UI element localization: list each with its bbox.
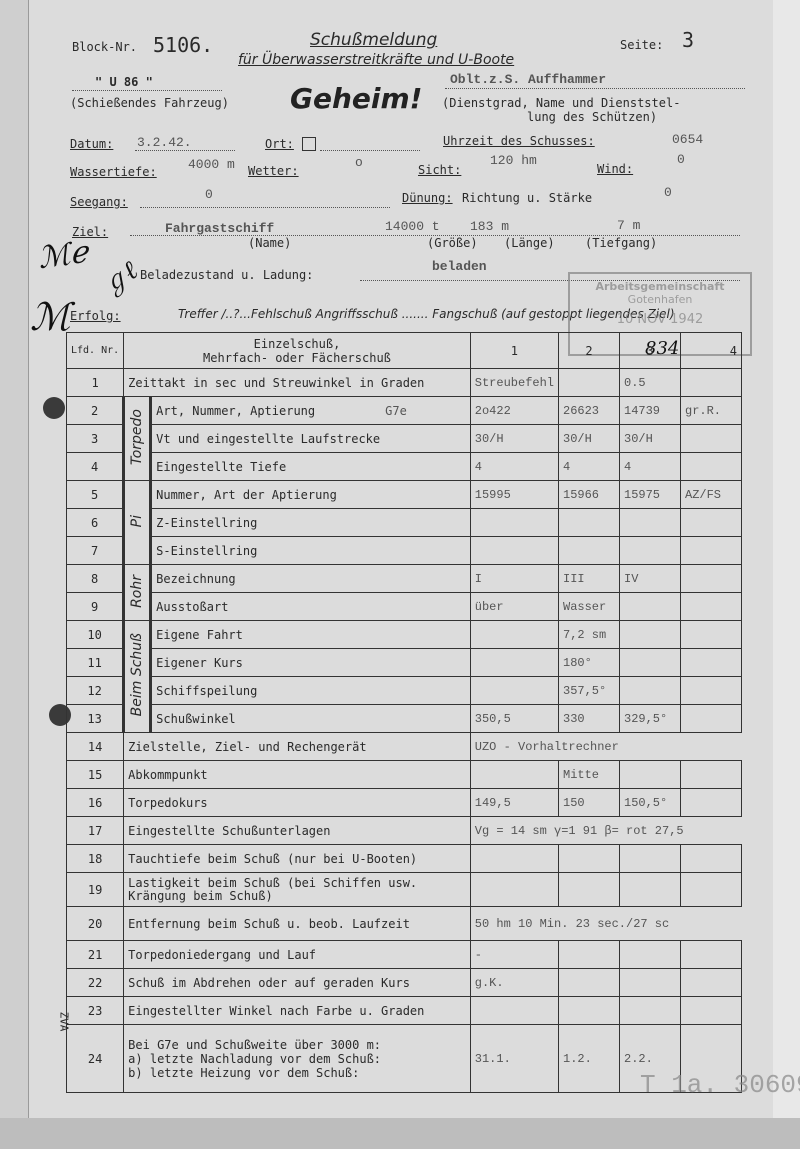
wind-label: Wind:	[597, 162, 633, 176]
row-number: 14	[67, 733, 124, 761]
form-title: Schußmeldung	[310, 30, 437, 50]
beladezustand-value: beladen	[432, 259, 487, 274]
table-row: 2TorpedoArt, Nummer, AptierungG7e2o42226…	[67, 397, 742, 425]
row-label: Eigener Kurs	[151, 649, 471, 677]
row-label: Eingestellte Schußunterlagen	[124, 817, 471, 845]
row-value-col-2	[559, 873, 620, 907]
stamp-line-1: Arbeitsgemeinschaft	[570, 280, 750, 293]
row-value-col-3: 15975	[620, 481, 681, 509]
row-label-text: Zielstelle, Ziel- und Rechengerät	[128, 740, 366, 754]
row-value-col-3	[620, 621, 681, 649]
seegang-label: Seegang:	[70, 195, 128, 209]
shooter-dots	[445, 88, 745, 89]
table-row: 5PiNummer, Art der Aptierung159951596615…	[67, 481, 742, 509]
uhrzeit-label: Uhrzeit des Schusses:	[443, 134, 595, 148]
table-row: 16Torpedokurs149,5150150,5°	[67, 789, 742, 817]
table-row: 15AbkommpunktMitte	[67, 761, 742, 789]
table-row: 19Lastigkeit beim Schuß (bei Schiffen us…	[67, 873, 742, 907]
header-col-4: 4	[681, 333, 742, 369]
group-label-rohr: Rohr	[129, 575, 145, 608]
row-label-text: Entfernung beim Schuß u. beob. Laufzeit	[128, 917, 410, 931]
margin-mark: ZVA	[57, 1012, 70, 1032]
header-col-1: 1	[470, 333, 558, 369]
row-value-col-4	[681, 789, 742, 817]
header-col-3: 3	[620, 333, 681, 369]
row-value-col-1: über	[470, 593, 558, 621]
row-label-text: Abkommpunkt	[128, 768, 207, 782]
form-subtitle: für Überwasserstreitkräfte und U-Boote	[238, 52, 514, 68]
row-value-col-4: AZ/FS	[681, 481, 742, 509]
datum-value: 3.2.42.	[137, 135, 192, 150]
table-row: 3Vt und eingestellte Laufstrecke30/H30/H…	[67, 425, 742, 453]
row-value-col-2: 357,5°	[559, 677, 620, 705]
table-row: 17Eingestellte SchußunterlagenVg = 14 sm…	[67, 817, 742, 845]
row-label: Nummer, Art der Aptierung	[151, 481, 471, 509]
row-label: Torpedokurs	[124, 789, 471, 817]
row-number: 3	[67, 425, 124, 453]
row-value-col-1: 15995	[470, 481, 558, 509]
classification-stamp: Geheim!	[290, 82, 422, 115]
caption-groesse: (Größe)	[427, 236, 478, 250]
row-value-col-2	[559, 369, 620, 397]
table-row: 23Eingestellter Winkel nach Farbe u. Gra…	[67, 997, 742, 1025]
row-value-col-1: 30/H	[470, 425, 558, 453]
stamp-line-2: Gotenhafen	[570, 293, 750, 306]
row-number: 1	[67, 369, 124, 397]
table-body: 1Zeittakt in sec und Streuwinkel in Grad…	[67, 369, 742, 1093]
row-value-col-4	[681, 969, 742, 997]
vessel-caption: (Schießendes Fahrzeug)	[70, 96, 229, 110]
row-label-text: Nummer, Art der Aptierung	[156, 488, 337, 502]
row-number: 7	[67, 537, 124, 565]
row-span-value: Vg = 14 sm γ=1 91 β= rot 27,5	[470, 817, 741, 845]
row-number: 24	[67, 1025, 124, 1093]
punch-hole	[43, 397, 65, 419]
row-label: Eingestellte Tiefe	[151, 453, 471, 481]
page-edge	[773, 0, 800, 1149]
caption-laenge: (Länge)	[504, 236, 555, 250]
row-label-text: Schußwinkel	[156, 712, 235, 726]
row-value-col-4	[681, 593, 742, 621]
row-label: Schiffspeilung	[151, 677, 471, 705]
group-cell: Torpedo	[124, 397, 151, 481]
row-number: 15	[67, 761, 124, 789]
row-value-col-4	[681, 845, 742, 873]
row-label: Zeittakt in sec und Streuwinkel in Grade…	[124, 369, 471, 397]
row-value-col-3: 4	[620, 453, 681, 481]
row-value-col-2	[559, 845, 620, 873]
row-value-col-1: 149,5	[470, 789, 558, 817]
row-value-col-3	[620, 873, 681, 907]
shooter-name: Oblt.z.S. Auffhammer	[450, 72, 606, 87]
group-cell: Beim Schuß	[124, 621, 151, 733]
datum-dots	[135, 150, 235, 151]
group-cell: Rohr	[124, 565, 151, 621]
table-row: 1Zeittakt in sec und Streuwinkel in Grad…	[67, 369, 742, 397]
shooter-caption-2: lung des Schützen)	[527, 110, 657, 124]
row-number: 23	[67, 997, 124, 1025]
row-value-col-1	[470, 873, 558, 907]
ziel-groesse: 14000 t	[385, 219, 440, 234]
row-label: Art, Nummer, AptierungG7e	[151, 397, 471, 425]
row-label: Zielstelle, Ziel- und Rechengerät	[124, 733, 471, 761]
sicht-value: 120 hm	[490, 153, 537, 168]
ort-checkbox	[302, 137, 316, 151]
row-label: Lastigkeit beim Schuß (bei Schiffen usw.…	[124, 873, 471, 907]
sicht-label: Sicht:	[418, 163, 461, 177]
row-label: Schußwinkel	[151, 705, 471, 733]
row-value-col-2	[559, 509, 620, 537]
row-label-extra: G7e	[385, 404, 407, 418]
row-value-col-1: I	[470, 565, 558, 593]
table-row: 21Torpedoniedergang und Lauf-	[67, 941, 742, 969]
row-value-col-1	[470, 997, 558, 1025]
table-row: 14Zielstelle, Ziel- und RechengerätUZO -…	[67, 733, 742, 761]
row-label-text: Z-Einstellring	[156, 516, 257, 530]
row-label: Tauchtiefe beim Schuß (nur bei U-Booten)	[124, 845, 471, 873]
wind-value: 0	[677, 152, 685, 167]
row-value-col-2: 1.2.	[559, 1025, 620, 1093]
table-row: 18Tauchtiefe beim Schuß (nur bei U-Boote…	[67, 845, 742, 873]
row-value-col-2	[559, 941, 620, 969]
handwritten-mark: ℳ	[30, 295, 71, 339]
row-value-col-1	[470, 761, 558, 789]
row-value-col-1	[470, 537, 558, 565]
row-value-col-3	[620, 677, 681, 705]
group-label-pi: Pi	[129, 515, 145, 527]
row-number: 8	[67, 565, 124, 593]
row-value-col-1: g.K.	[470, 969, 558, 997]
table-row: 10Beim SchußEigene Fahrt7,2 sm	[67, 621, 742, 649]
stamp-date: 10 NOV 1942	[570, 312, 750, 327]
row-value-col-4	[681, 369, 742, 397]
row-label: Bezeichnung	[151, 565, 471, 593]
row-span-value: UZO - Vorhaltrechner	[470, 733, 741, 761]
beladezustand-label: Beladezustand u. Ladung:	[140, 268, 313, 282]
group-cell: Pi	[124, 481, 151, 565]
row-label: Bei G7e und Schußweite über 3000 m:a) le…	[124, 1025, 471, 1093]
row-value-col-3	[620, 649, 681, 677]
shot-report-table: Lfd. Nr. Einzelschuß, Mehrfach- oder Fäc…	[66, 332, 742, 1093]
row-number: 10	[67, 621, 124, 649]
header-lfd-nr: Lfd. Nr.	[67, 333, 124, 369]
row-label-text: Schuß im Abdrehen oder auf geraden Kurs	[128, 976, 410, 990]
row-value-col-3	[620, 593, 681, 621]
row-value-col-1: 4	[470, 453, 558, 481]
row-value-col-3: 329,5°	[620, 705, 681, 733]
row-span-value: 50 hm 10 Min. 23 sec./27 sc	[470, 907, 741, 941]
row-label-line: b) letzte Heizung vor dem Schuß:	[128, 1066, 466, 1080]
row-value-col-3	[620, 761, 681, 789]
row-label: Ausstoßart	[151, 593, 471, 621]
uhrzeit-value: 0654	[672, 132, 703, 147]
erfolg-label: Erfolg:	[70, 309, 121, 323]
row-label-line: Bei G7e und Schußweite über 3000 m:	[128, 1038, 466, 1052]
wassertiefe-value: 4000 m	[188, 157, 235, 172]
row-value-col-4	[681, 649, 742, 677]
ort-label: Ort:	[265, 137, 294, 151]
row-value-col-2: Mitte	[559, 761, 620, 789]
table-row: 13Schußwinkel350,5330329,5°	[67, 705, 742, 733]
row-label-text: Torpedoniedergang und Lauf	[128, 948, 316, 962]
row-value-col-2: 150	[559, 789, 620, 817]
row-label-line: a) letzte Nachladung vor dem Schuß:	[128, 1052, 466, 1066]
row-value-col-1: Streubefehl	[470, 369, 558, 397]
row-value-col-4	[681, 997, 742, 1025]
row-value-col-2: Wasser	[559, 593, 620, 621]
row-value-col-1	[470, 621, 558, 649]
row-value-col-2: 330	[559, 705, 620, 733]
row-value-col-1: 350,5	[470, 705, 558, 733]
row-number: 11	[67, 649, 124, 677]
row-value-col-2: 30/H	[559, 425, 620, 453]
block-number: 5106.	[153, 33, 213, 57]
row-value-col-1	[470, 509, 558, 537]
table-header-row: Lfd. Nr. Einzelschuß, Mehrfach- oder Fäc…	[67, 333, 742, 369]
page-label: Seite:	[620, 38, 663, 52]
ziel-name: Fahrgastschiff	[165, 221, 274, 236]
handwritten-signature: ℳℯ	[36, 235, 90, 277]
row-label-text: Eingestellte Tiefe	[156, 460, 286, 474]
row-value-col-3	[620, 941, 681, 969]
row-value-col-1	[470, 649, 558, 677]
header-col-2: 2	[559, 333, 620, 369]
row-label: Eigene Fahrt	[151, 621, 471, 649]
row-label-text: Eingestellter Winkel nach Farbe u. Grade…	[128, 1004, 424, 1018]
group-label-beim-schuss: Beim Schuß	[129, 633, 145, 716]
row-value-col-2	[559, 537, 620, 565]
row-value-col-2: 4	[559, 453, 620, 481]
row-value-col-2: 7,2 sm	[559, 621, 620, 649]
row-number: 2	[67, 397, 124, 425]
row-label: Vt und eingestellte Laufstrecke	[151, 425, 471, 453]
row-number: 5	[67, 481, 124, 509]
duenung-text: Richtung u. Stärke	[462, 191, 592, 205]
block-label: Block-Nr.	[72, 40, 137, 54]
row-number: 19	[67, 873, 124, 907]
row-value-col-2: 15966	[559, 481, 620, 509]
row-label-text: Tauchtiefe beim Schuß (nur bei U-Booten)	[128, 852, 417, 866]
wetter-value: o	[355, 155, 363, 170]
table-row: 9AusstoßartüberWasser	[67, 593, 742, 621]
row-value-col-4: gr.R.	[681, 397, 742, 425]
row-value-col-4	[681, 453, 742, 481]
row-number: 13	[67, 705, 124, 733]
row-value-col-4	[681, 565, 742, 593]
header-desc-1: Einzelschuß,	[128, 337, 466, 351]
row-value-col-4	[681, 621, 742, 649]
row-value-col-2	[559, 997, 620, 1025]
row-label: Torpedoniedergang und Lauf	[124, 941, 471, 969]
row-value-col-4	[681, 677, 742, 705]
row-label-text: Vt und eingestellte Laufstrecke	[156, 432, 380, 446]
table-row: 7S-Einstellring	[67, 537, 742, 565]
row-value-col-1	[470, 845, 558, 873]
row-value-col-1: 2o422	[470, 397, 558, 425]
row-value-col-3	[620, 997, 681, 1025]
row-label-text: Ausstoßart	[156, 600, 228, 614]
row-value-col-3: 0.5	[620, 369, 681, 397]
table-row: 12Schiffspeilung357,5°	[67, 677, 742, 705]
duenung-value: 0	[664, 185, 672, 200]
archive-stamp: T 1a. 30609	[640, 1070, 800, 1100]
row-number: 9	[67, 593, 124, 621]
row-label-text: Zeittakt in sec und Streuwinkel in Grade…	[128, 376, 424, 390]
row-value-col-1	[470, 677, 558, 705]
shooter-caption-1: (Dienstgrad, Name und Dienststel-	[442, 96, 680, 110]
row-value-col-3: 14739	[620, 397, 681, 425]
table-row: 20Entfernung beim Schuß u. beob. Laufzei…	[67, 907, 742, 941]
row-value-col-3	[620, 537, 681, 565]
row-value-col-4	[681, 761, 742, 789]
row-value-col-2: 26623	[559, 397, 620, 425]
row-value-col-2: III	[559, 565, 620, 593]
duenung-label: Dünung:	[402, 191, 453, 205]
row-label-text: Eigener Kurs	[156, 656, 243, 670]
row-label-text: Lastigkeit beim Schuß (bei Schiffen usw.…	[128, 876, 417, 903]
row-value-col-4	[681, 509, 742, 537]
ziel-tiefgang: 7 m	[617, 218, 640, 233]
row-number: 6	[67, 509, 124, 537]
row-label: S-Einstellring	[151, 537, 471, 565]
row-value-col-3: 150,5°	[620, 789, 681, 817]
row-value-col-4	[681, 873, 742, 907]
row-value-col-4	[681, 705, 742, 733]
table-row: 8RohrBezeichnungIIIIIV	[67, 565, 742, 593]
page-number: 3	[682, 28, 694, 52]
ziel-laenge: 183 m	[470, 219, 509, 234]
row-label-text: S-Einstellring	[156, 544, 257, 558]
table-row: 11Eigener Kurs180°	[67, 649, 742, 677]
wetter-label: Wetter:	[248, 164, 299, 178]
row-label-text: Eigene Fahrt	[156, 628, 243, 642]
row-label: Entfernung beim Schuß u. beob. Laufzeit	[124, 907, 471, 941]
row-value-col-2	[559, 969, 620, 997]
row-label: Eingestellter Winkel nach Farbe u. Grade…	[124, 997, 471, 1025]
seegang-dots	[140, 207, 390, 208]
vessel-name: " U 86 "	[95, 75, 153, 89]
row-number: 4	[67, 453, 124, 481]
row-label-text: Art, Nummer, Aptierung	[156, 404, 315, 418]
group-label-torpedo: Torpedo	[129, 409, 145, 465]
vessel-dots	[72, 90, 222, 91]
row-number: 16	[67, 789, 124, 817]
row-number: 20	[67, 907, 124, 941]
row-label: Schuß im Abdrehen oder auf geraden Kurs	[124, 969, 471, 997]
row-label-text: Schiffspeilung	[156, 684, 257, 698]
row-label-text: Torpedokurs	[128, 796, 207, 810]
row-value-col-3: 30/H	[620, 425, 681, 453]
row-label-text: Eingestellte Schußunterlagen	[128, 824, 330, 838]
seegang-value: 0	[205, 187, 213, 202]
page-bottom-edge	[0, 1118, 800, 1149]
row-value-col-3	[620, 845, 681, 873]
row-number: 18	[67, 845, 124, 873]
caption-tiefgang: (Tiefgang)	[585, 236, 657, 250]
header-description: Einzelschuß, Mehrfach- oder Fächerschuß	[124, 333, 471, 369]
row-value-col-2: 180°	[559, 649, 620, 677]
ort-dots	[320, 150, 420, 151]
datum-label: Datum:	[70, 137, 113, 151]
row-value-col-1: 31.1.	[470, 1025, 558, 1093]
row-number: 21	[67, 941, 124, 969]
wassertiefe-label: Wassertiefe:	[70, 165, 157, 179]
table-row: 22Schuß im Abdrehen oder auf geraden Kur…	[67, 969, 742, 997]
caption-name: (Name)	[248, 236, 291, 250]
table-row: 6Z-Einstellring	[67, 509, 742, 537]
row-value-col-3: IV	[620, 565, 681, 593]
row-value-col-4	[681, 425, 742, 453]
header-desc-2: Mehrfach- oder Fächerschuß	[128, 351, 466, 365]
row-number: 22	[67, 969, 124, 997]
row-number: 12	[67, 677, 124, 705]
table-row: 4Eingestellte Tiefe444	[67, 453, 742, 481]
row-value-col-1: -	[470, 941, 558, 969]
row-value-col-4	[681, 941, 742, 969]
row-number: 17	[67, 817, 124, 845]
row-value-col-3	[620, 509, 681, 537]
row-label-text: Bezeichnung	[156, 572, 235, 586]
row-label: Z-Einstellring	[151, 509, 471, 537]
row-label: Abkommpunkt	[124, 761, 471, 789]
row-value-col-4	[681, 537, 742, 565]
row-value-col-3	[620, 969, 681, 997]
